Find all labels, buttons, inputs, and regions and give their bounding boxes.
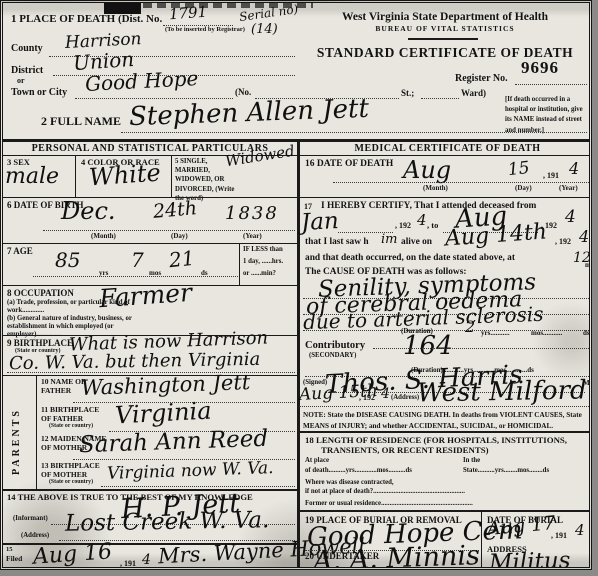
father-birthplace-label: 11 BIRTHPLACE OF FATHER [41, 406, 111, 423]
register-no-value: 9696 [521, 58, 559, 78]
full-name-label: 2 FULL NAME [41, 115, 121, 129]
column-divider [297, 139, 300, 570]
mother-birthplace-value: Virginia now W. Va. [107, 460, 274, 483]
mother-birthplace-sub: (State or country) [49, 479, 93, 486]
burial-year-printed: , 191 [551, 531, 567, 540]
from-year-printed: , 192 [395, 221, 411, 230]
dod-year-suffix: 4 [569, 161, 579, 177]
to-year-suffix: 4 [565, 209, 576, 226]
hospital-note: [If death occurred in a hospital or inst… [505, 95, 589, 136]
signed-address-label: (Address) [391, 394, 419, 402]
district-number-value: 1791 [169, 5, 208, 23]
lastsaw-printed-pre: that I last saw h [305, 237, 369, 248]
age-days-value: 21 [168, 248, 195, 271]
residence-where-line2: if not at place of death?...............… [305, 488, 465, 496]
dod-day-value: 15 [507, 160, 530, 179]
residence-where-line1: Where was disease contracted, [305, 479, 394, 487]
dod-month-sub: (Month) [423, 184, 448, 192]
serial-no-value: (14) [251, 23, 278, 36]
parents-vertical-label: PARENTS [11, 391, 23, 475]
contributory-sub-label: (SECONDARY) [309, 352, 356, 360]
cause-duration-value: 2 [465, 319, 475, 335]
occupation-label: 8 OCCUPATION [7, 288, 74, 298]
meridiem-label: m. [585, 261, 592, 269]
dod-day-sub: (Day) [515, 184, 532, 192]
registrar-label: REGISTRAR. [231, 567, 279, 570]
contributory-label: Contributory [305, 340, 365, 352]
dob-year-sub: (Year) [243, 232, 262, 240]
from-year-suffix: 4 [417, 213, 427, 228]
mother-maiden-name-value: Sarah Ann Reed [79, 428, 269, 458]
age-months-value: 7 [131, 250, 144, 270]
signed-year-suffix: 4 [381, 387, 390, 401]
death-occurred-line: and that death occurred, on the date sta… [305, 253, 515, 264]
residence-instate-line2: State..........yrs........mos........ds [463, 467, 549, 475]
death-certificate-scan: 1 PLACE OF DEATH (Dist. No. 1791 (To be … [0, 0, 592, 570]
header-rule [408, 38, 478, 40]
undertaker-value: A. A. Minnis [313, 542, 481, 570]
lastsaw-pronoun: im [381, 233, 398, 246]
district-or-label: or [17, 76, 25, 85]
lastsaw-year-suffix: 4 [579, 229, 589, 245]
filed-number: 15 [6, 546, 13, 553]
attended-from-value: Jan [300, 210, 339, 235]
father-birthplace-value: Virginia [114, 398, 212, 427]
signed-address-value: West Milford [417, 378, 587, 407]
ifless-line2: 1 day, ......hrs. [243, 258, 283, 266]
filed-year-suffix: 4 [142, 553, 151, 567]
lastsaw-printed-mid: alive on [401, 237, 432, 248]
residence-atplace-line1: At place [305, 457, 329, 465]
dod-month-value: Aug [403, 158, 451, 182]
lastsaw-date-value: Aug 14th [444, 221, 547, 250]
town-label: Town or City [11, 87, 67, 99]
place-of-death-label: 1 PLACE OF DEATH (Dist. No. [11, 13, 162, 26]
note-text: NOTE: State the DISEASE CAUSING DEATH. I… [303, 410, 591, 432]
cause-duration-ds: ds. [583, 329, 591, 337]
residence-atplace-line2: of death..........yrs.............mos...… [305, 467, 412, 475]
informant-address-label: (Address) [21, 532, 49, 540]
full-name-value: Stephen Allen Jett [129, 96, 370, 130]
to-label: , to [427, 221, 438, 231]
dob-day-sub: (Day) [171, 232, 188, 240]
department-title: West Virginia State Department of Health [295, 11, 592, 24]
dob-month-value: Dec. [61, 199, 116, 223]
mother-birthplace-label: 13 BIRTHPLACE OF MOTHER [41, 462, 111, 479]
signed-year-printed: , 192 [359, 393, 375, 402]
dob-day-value: 24th [152, 199, 198, 222]
street-label: St.; [401, 88, 414, 98]
birthplace-line2: Co. W. Va. but then Virginia [9, 351, 261, 373]
filed-label: Filed [6, 555, 22, 564]
inserted-by-registrar-note: (To be inserted by Registrar) [165, 26, 245, 33]
age-label: 7 AGE [7, 246, 33, 256]
district-label: District [11, 65, 43, 77]
father-birthplace-sub: (State or country) [49, 423, 93, 430]
dod-year-printed: , 191 [543, 171, 559, 180]
residence-label-line2: TRANSIENTS, OR RECENT RESIDENTS) [321, 445, 489, 455]
street-no-label: (No. [235, 87, 251, 97]
dob-month-sub: (Month) [91, 232, 116, 240]
dob-year-value: 1838 [225, 205, 279, 223]
cause-duration-mos: mos........... [531, 329, 562, 337]
sex-value: male [5, 166, 59, 188]
filed-year-printed: , 191 [120, 559, 136, 568]
medical-section-title: MEDICAL CERTIFICATE OF DEATH [300, 143, 592, 155]
age-years-value: 85 [55, 250, 80, 270]
informant-address-value: Lost Creek W. Va. [65, 509, 270, 536]
burial-year-suffix: 4 [575, 523, 585, 538]
occupation-value: Farmer [98, 280, 192, 311]
informant-field-label: (Informant) [13, 515, 48, 523]
ward-label: Ward) [461, 88, 486, 98]
dod-year-sub: (Year) [559, 184, 578, 192]
ifless-line1: IF LESS than [243, 246, 283, 254]
filed-date-value: Aug 16 [32, 541, 112, 568]
county-label: County [11, 43, 43, 55]
register-no-label: Register No. [455, 73, 508, 85]
birthplace-label: 9 BIRTHPLACE [7, 338, 73, 348]
town-value: Good Hope [85, 68, 199, 94]
race-value: White [88, 161, 161, 190]
residence-instate-line1: In the [463, 457, 480, 465]
bureau-subtitle: BUREAU OF VITAL STATISTICS [295, 25, 592, 34]
ifless-line3: or ......min? [243, 270, 276, 278]
undertaker-address-value: Militus [489, 550, 571, 570]
cause-duration-yrs: yrs........... [481, 329, 510, 337]
lastsaw-year-printed: , 192 [555, 237, 571, 246]
residence-label-line1: 18 LENGTH OF RESIDENCE (FOR HOSPITALS, I… [305, 435, 567, 445]
contributory-value: 164 [403, 333, 453, 359]
residence-former-line: Former or usual residence...............… [305, 500, 473, 508]
father-name-value: Washington Jett [81, 372, 251, 399]
dod-label: 16 DATE OF DEATH [305, 159, 393, 170]
